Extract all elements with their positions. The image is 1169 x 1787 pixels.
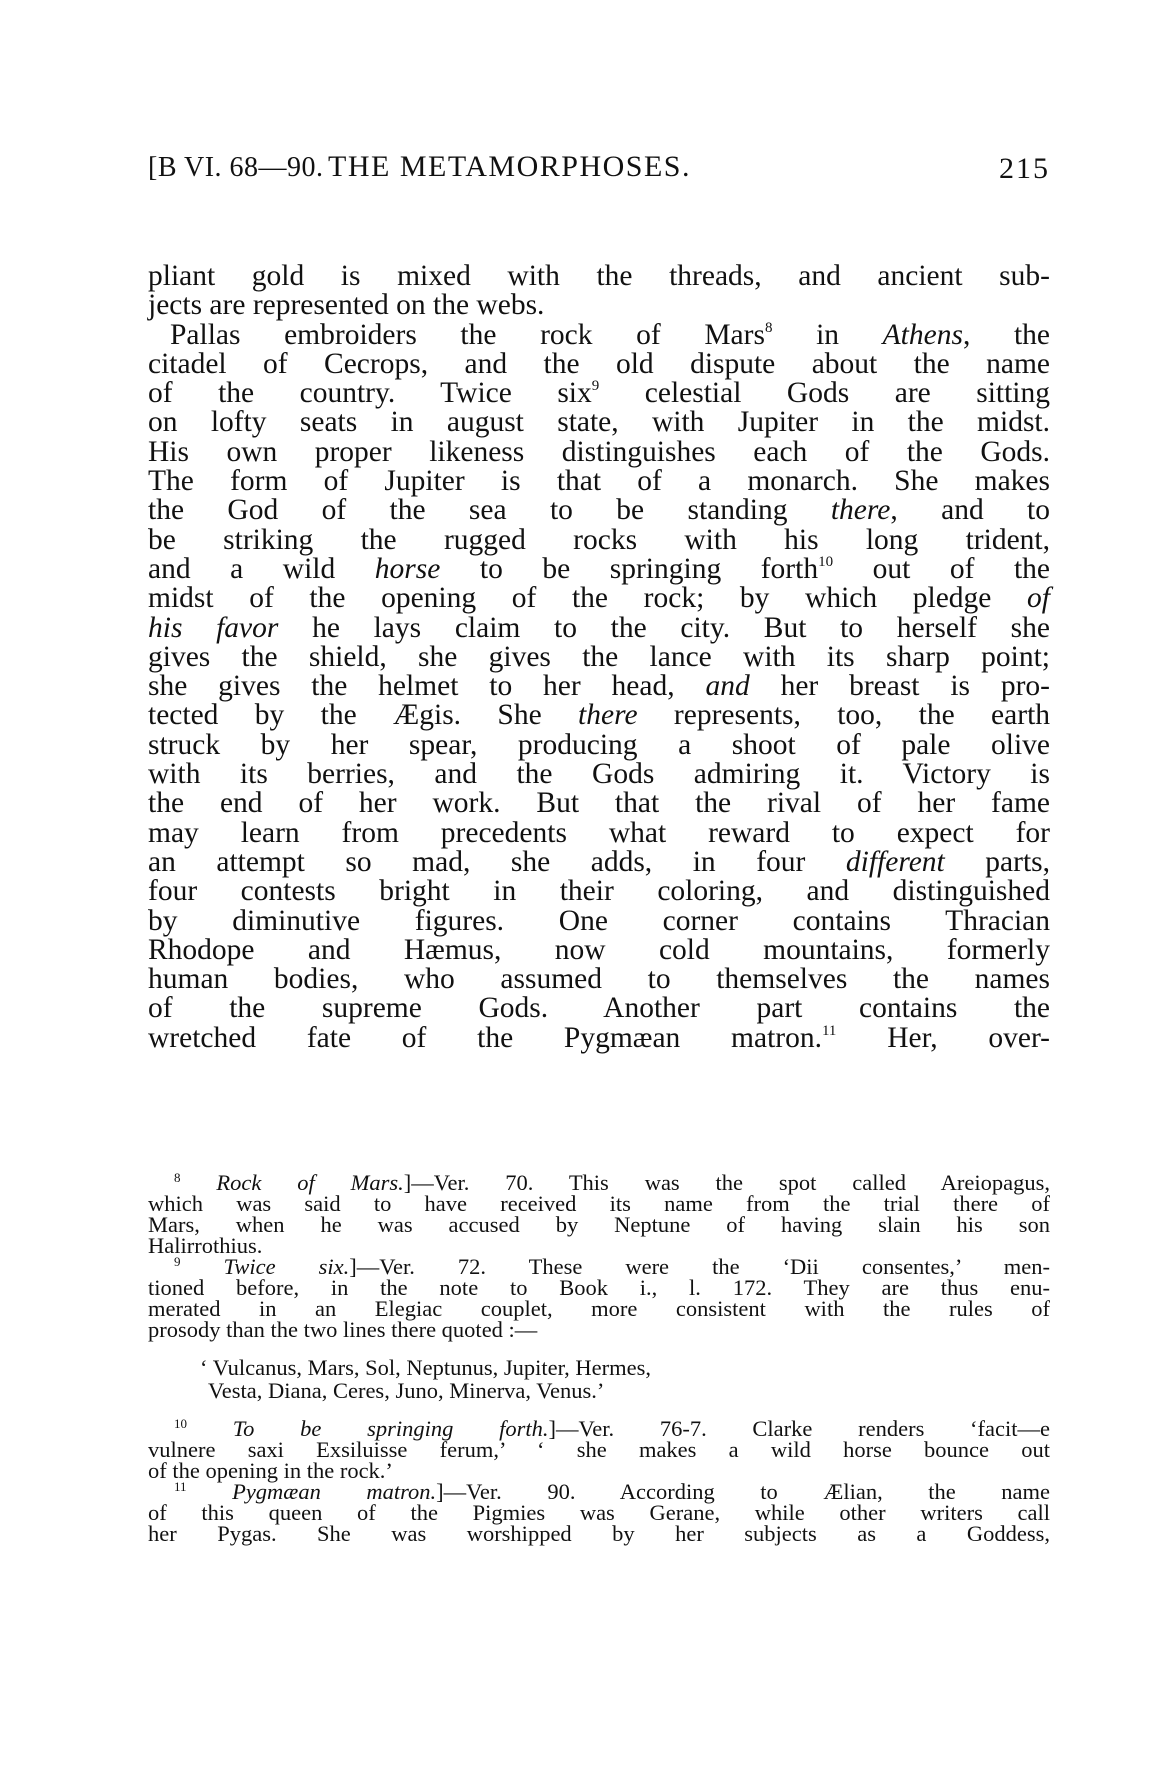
text-line: be striking the rugged rocks with his lo… <box>148 526 1050 555</box>
quoted-verse: ‘ Vulcanus, Mars, Sol, Neptunus, Jupiter… <box>148 1356 1050 1402</box>
footnote-line: vulnere saxi Exsiluisse ferum,’ ‘ she ma… <box>148 1439 1050 1460</box>
footnote-line: of the opening in the rock.’ <box>148 1460 1050 1481</box>
footnote-line: tioned before, in the note to Book i., l… <box>148 1277 1050 1298</box>
text-line: His own proper likeness distinguishes ea… <box>148 438 1050 467</box>
footnote-line: merated in an Elegiac couplet, more cons… <box>148 1298 1050 1319</box>
text-line: on lofty seats in august state, with Jup… <box>148 408 1050 437</box>
text-line: and a wild horse to be springing forth10… <box>148 555 1050 584</box>
text-line: by diminutive figures. One corner contai… <box>148 907 1050 936</box>
text-line: jects are represented on the webs. <box>148 291 1050 320</box>
text-line: The form of Jupiter is that of a monarch… <box>148 467 1050 496</box>
footnote-line: Mars, when he was accused by Neptune of … <box>148 1214 1050 1235</box>
page-title: THE METAMORPHOSES. <box>328 150 691 184</box>
text-line: citadel of Cecrops, and the old dispute … <box>148 350 1050 379</box>
text-line: four contests bright in their coloring, … <box>148 877 1050 906</box>
text-line: of the supreme Gods. Another part contai… <box>148 994 1050 1023</box>
footnote-ref-8[interactable]: 8 <box>765 320 773 336</box>
text-line: an attempt so mad, she adds, in four dif… <box>148 848 1050 877</box>
text-line: of the country. Twice six9 celestial God… <box>148 379 1050 408</box>
footnote-ref-9[interactable]: 9 <box>592 378 600 394</box>
text-line: may learn from precedents what reward to… <box>148 819 1050 848</box>
verse-line: ‘ Vulcanus, Mars, Sol, Neptunus, Jupiter… <box>148 1356 1050 1379</box>
text-line: tected by the Ægis. She there represents… <box>148 701 1050 730</box>
verse-line: Vesta, Diana, Ceres, Juno, Minerva, Venu… <box>148 1379 1050 1402</box>
text-line: with its berries, and the Gods admiring … <box>148 760 1050 789</box>
text-line: she gives the helmet to her head, and he… <box>148 672 1050 701</box>
text-line: his favor he lays claim to the city. But… <box>148 614 1050 643</box>
text-line: struck by her spear, producing a shoot o… <box>148 731 1050 760</box>
footnote-ref-10[interactable]: 10 <box>818 554 833 570</box>
footnote-10: 10 To be springing forth.]—Ver. 76-7. Cl… <box>148 1418 1050 1439</box>
footnote-9: 9 Twice six.]—Ver. 72. These were the ‘D… <box>148 1256 1050 1277</box>
text-line: pliant gold is mixed with the threads, a… <box>148 262 1050 291</box>
text-line: Rhodope and Hæmus, now cold mountains, f… <box>148 936 1050 965</box>
main-text: pliant gold is mixed with the threads, a… <box>148 262 1050 1053</box>
page-number: 215 <box>999 152 1050 186</box>
text-line: gives the shield, she gives the lance wi… <box>148 643 1050 672</box>
footnote-line: Halirrothius. <box>148 1235 1050 1256</box>
footnote-11: 11 Pygmæan matron.]—Ver. 90. According t… <box>148 1481 1050 1502</box>
footnote-line: prosody than the two lines there quoted … <box>148 1319 1050 1340</box>
footnote-line: which was said to have received its name… <box>148 1193 1050 1214</box>
text-line: Pallas embroiders the rock of Mars8 in A… <box>148 321 1050 350</box>
footnote-ref-11[interactable]: 11 <box>822 1023 836 1039</box>
text-line: wretched fate of the Pygmæan matron.11 H… <box>148 1024 1050 1053</box>
book-verse-range: [B VI. 68—90. <box>148 152 324 184</box>
footnote-line: of this queen of the Pigmies was Gerane,… <box>148 1502 1050 1523</box>
text-line: the God of the sea to be standing there,… <box>148 496 1050 525</box>
running-head: [B VI. 68—90. THE METAMORPHOSES. 215 <box>148 150 1050 190</box>
footnotes: 8 Rock of Mars.]—Ver. 70. This was the s… <box>148 1172 1050 1544</box>
text-line: midst of the opening of the rock; by whi… <box>148 584 1050 613</box>
footnote-line: her Pygas. She was worshipped by her sub… <box>148 1523 1050 1544</box>
footnote-8: 8 Rock of Mars.]—Ver. 70. This was the s… <box>148 1172 1050 1193</box>
text-line: the end of her work. But that the rival … <box>148 789 1050 818</box>
text-line: human bodies, who assumed to themselves … <box>148 965 1050 994</box>
